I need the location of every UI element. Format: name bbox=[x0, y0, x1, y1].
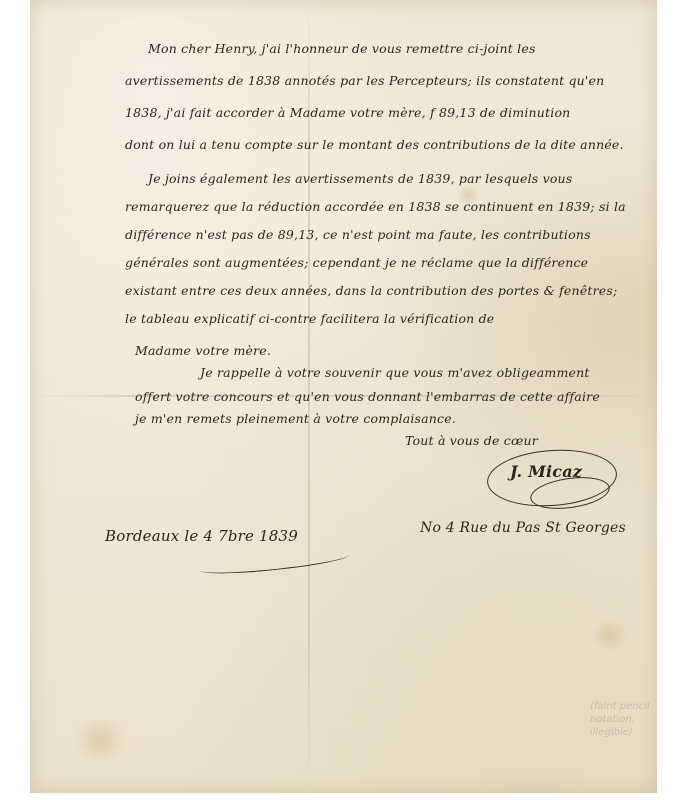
body-line: avertissements de 1838 annotés par les P… bbox=[125, 73, 604, 88]
body-line: Mon cher Henry, j'ai l'honneur de vous r… bbox=[148, 41, 536, 56]
sender-address: No 4 Rue du Pas St Georges bbox=[420, 520, 626, 536]
body-line: je m'en remets pleinement à votre compla… bbox=[135, 411, 456, 426]
body-line: différence n'est pas de 89,13, ce n'est … bbox=[125, 227, 591, 242]
body-line: existant entre ces deux années, dans la … bbox=[125, 283, 617, 298]
body-line: 1838, j'ai fait accorder à Madame votre … bbox=[125, 105, 570, 120]
letter-body: Mon cher Henry, j'ai l'honneur de vous r… bbox=[30, 0, 657, 793]
letter-paper: Mon cher Henry, j'ai l'honneur de vous r… bbox=[30, 0, 657, 793]
signature: J. Micaz bbox=[510, 462, 582, 481]
place-and-date: Bordeaux le 4 7bre 1839 bbox=[105, 527, 298, 545]
body-line: générales sont augmentées; cependant je … bbox=[125, 255, 588, 270]
body-line: offert votre concours et qu'en vous donn… bbox=[135, 389, 600, 404]
pencil-annotation: (faint pencil notation, illegible) bbox=[590, 700, 650, 739]
body-line: Je joins également les avertissements de… bbox=[148, 171, 572, 186]
body-line: Je rappelle à votre souvenir que vous m'… bbox=[200, 365, 590, 380]
body-line: dont on lui a tenu compte sur le montant… bbox=[125, 137, 624, 152]
body-line: remarquerez que la réduction accordée en… bbox=[125, 199, 626, 214]
closing-salutation: Tout à vous de cœur bbox=[405, 433, 538, 448]
body-line: le tableau explicatif ci-contre facilite… bbox=[125, 311, 494, 326]
body-line: Madame votre mère. bbox=[135, 343, 271, 358]
